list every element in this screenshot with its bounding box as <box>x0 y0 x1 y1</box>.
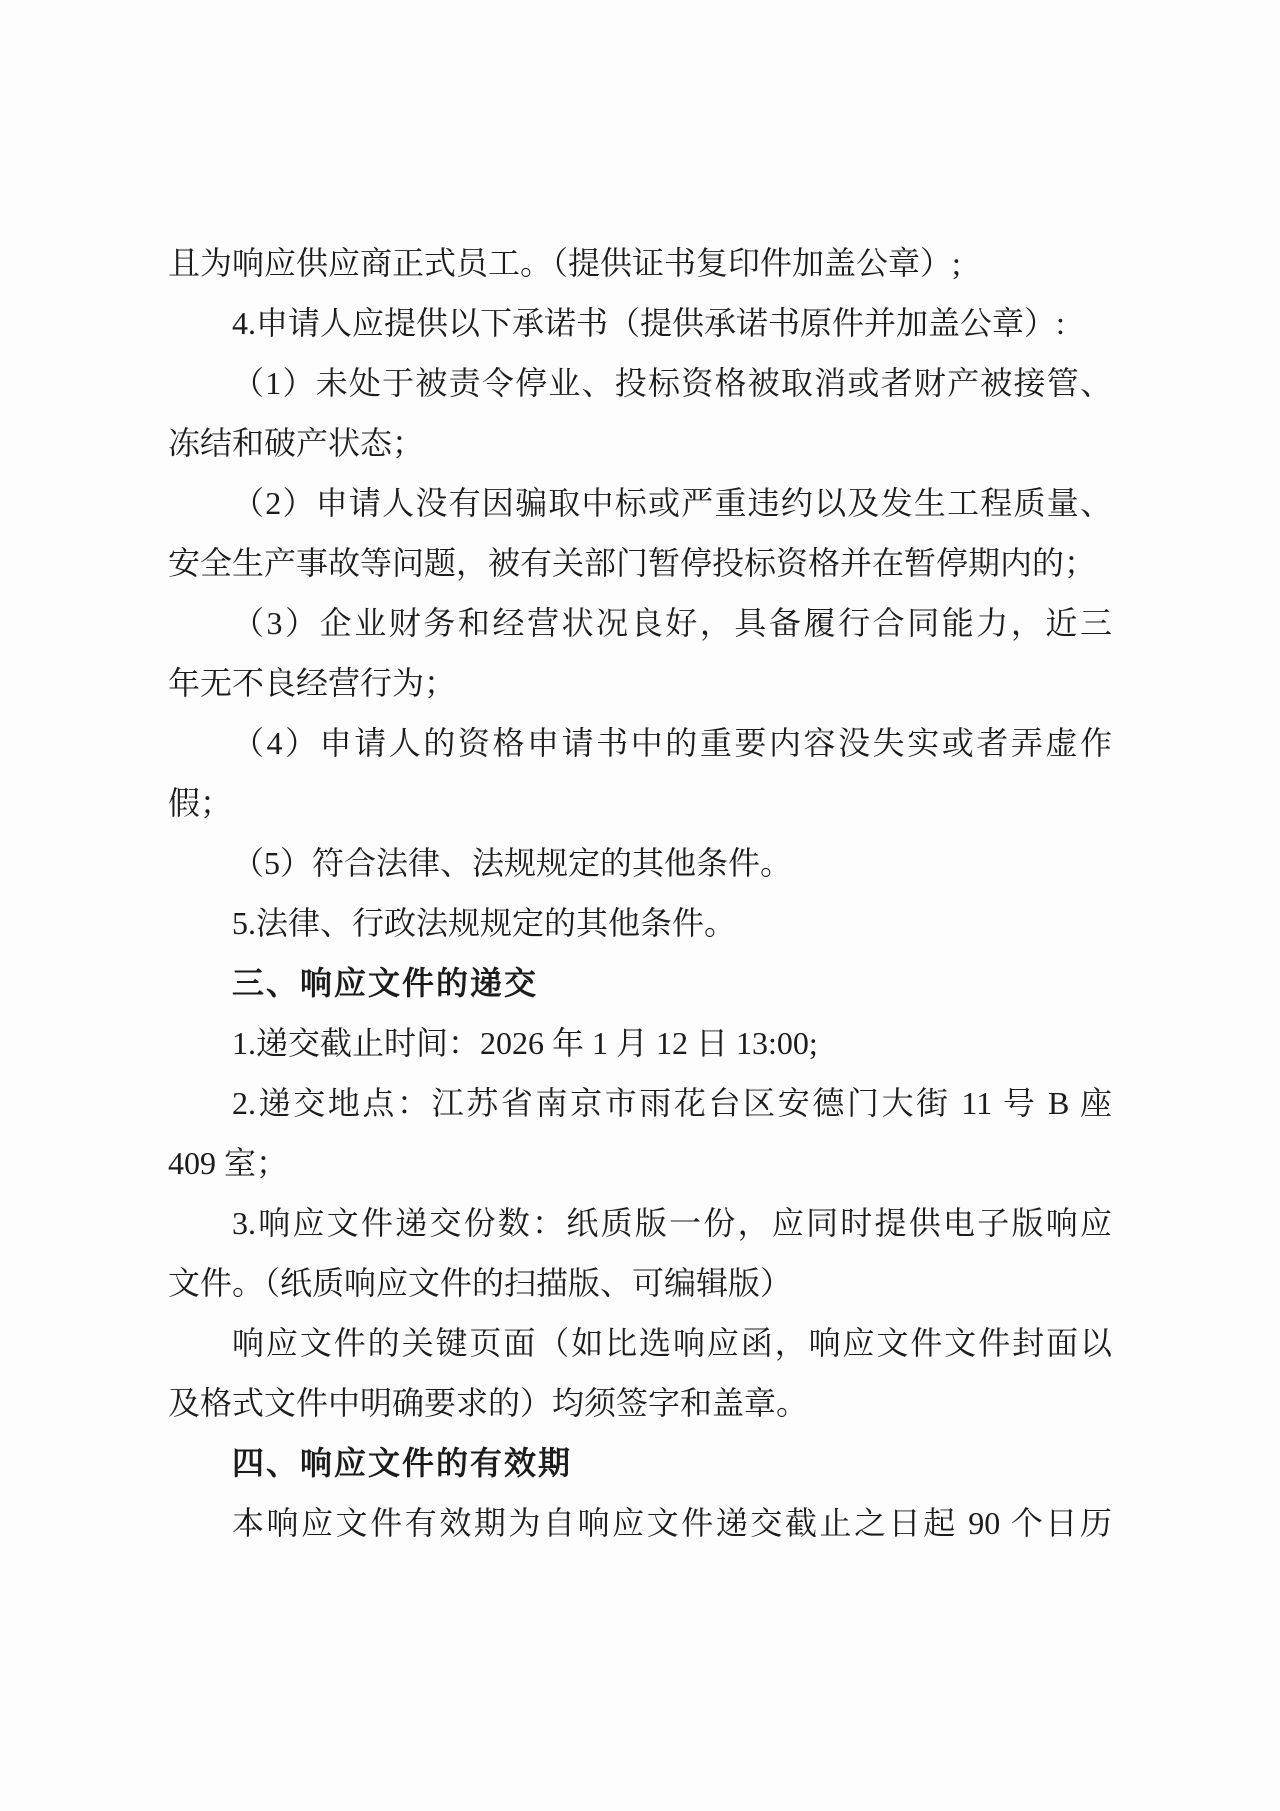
document-line: 2.递交地点：江苏省南京市雨花台区安德门大街 11 号 B 座 <box>168 1073 1112 1133</box>
document-line: 安全生产事故等问题，被有关部门暂停投标资格并在暂停期内的； <box>168 533 1112 593</box>
document-line: 假； <box>168 773 1112 833</box>
document-line: 本响应文件有效期为自响应文件递交截止之日起 90 个日历 <box>168 1493 1112 1553</box>
document-line: 1.递交截止时间：2026 年 1 月 12 日 13:00; <box>168 1013 1112 1073</box>
document-line: 文件。（纸质响应文件的扫描版、可编辑版） <box>168 1253 1112 1313</box>
document-line: 3.响应文件递交份数：纸质版一份，应同时提供电子版响应 <box>168 1193 1112 1253</box>
document-line: （5）符合法律、法规规定的其他条件。 <box>168 833 1112 893</box>
document-line: 409 室； <box>168 1133 1112 1193</box>
document-line: （2）申请人没有因骗取中标或严重违约以及发生工程质量、 <box>168 473 1112 533</box>
document-line: 且为响应供应商正式员工。（提供证书复印件加盖公章）; <box>168 233 1112 293</box>
section-heading: 四、响应文件的有效期 <box>168 1433 1112 1493</box>
document-line: （3）企业财务和经营状况良好，具备履行合同能力，近三 <box>168 593 1112 653</box>
document-line: 5.法律、行政法规规定的其他条件。 <box>168 893 1112 953</box>
document-line: （1）未处于被责令停业、投标资格被取消或者财产被接管、 <box>168 353 1112 413</box>
section-heading: 三、响应文件的递交 <box>168 953 1112 1013</box>
document-line: 4.申请人应提供以下承诺书（提供承诺书原件并加盖公章）: <box>168 293 1112 353</box>
document-line: 冻结和破产状态； <box>168 413 1112 473</box>
document-line: 及格式文件中明确要求的）均须签字和盖章。 <box>168 1373 1112 1433</box>
document-line: 响应文件的关键页面（如比选响应函，响应文件文件封面以 <box>168 1313 1112 1373</box>
document-line: （4）申请人的资格申请书中的重要内容没失实或者弄虚作 <box>168 713 1112 773</box>
document-page: 且为响应供应商正式员工。（提供证书复印件加盖公章）;4.申请人应提供以下承诺书（… <box>168 233 1112 1553</box>
document-line: 年无不良经营行为； <box>168 653 1112 713</box>
